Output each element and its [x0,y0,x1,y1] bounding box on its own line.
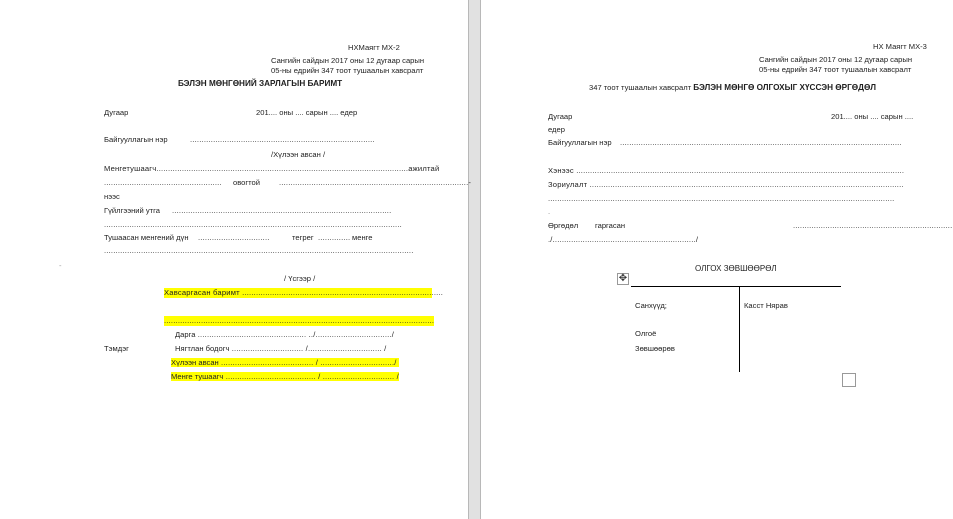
applicant-label-2: гаргасан [595,221,625,231]
surname-label: овогтой [233,178,260,188]
amount-words-field[interactable]: ........................................… [104,246,414,256]
tugrik-field[interactable]: .............. [318,233,350,243]
signature-label: Нягтлан бодогч [175,344,229,353]
signature-line[interactable]: ....................................... … [223,372,399,381]
org-field[interactable]: ........................................… [190,135,375,145]
day-label: едер [548,125,565,135]
decree-line-2: 05-ны едрийн 347 тоот тушаалын хавсралт [759,65,911,75]
number-label: Дугаар [104,108,128,118]
date-line[interactable]: 201.... оны .... сарын .... [831,112,913,122]
signature-row-director[interactable]: Дарга ..................................… [175,330,394,340]
approved-label: Зөвшөөрөв [635,344,675,354]
approval-title: ОЛГОХ ЗӨВШӨӨРӨЛ [695,264,777,274]
transaction-field-2[interactable]: ........................................… [104,220,402,230]
purpose-field[interactable]: Зориулалт ..............................… [548,180,904,190]
decree-line-1: Сангийн сайдын 2017 оны 12 дугаар сарын [271,56,424,66]
page-gap [468,0,481,519]
purpose-field-2[interactable]: ........................................… [548,194,894,204]
surname-field-left[interactable]: ........................................… [104,178,222,188]
decree-line-2: 05-ны едрийн 347 тоот тушаалын хавсралт [271,66,423,76]
org-field[interactable]: ........................................… [620,138,902,148]
form-code: НХМаягт МХ-2 [348,43,400,53]
margin-mark: - [59,261,62,271]
approval-table-top-border [631,286,841,287]
transaction-label: Гүйлгээний утга [104,206,160,216]
date-line[interactable]: 201.... оны .... сарын .... едер [256,108,357,118]
signature-row-received[interactable]: Хүлээн авсан ...........................… [171,358,399,368]
signature-label: Менге тушаагч [171,372,223,381]
document-page-mx3: НХ Маягт МХ-3 Сангийн сайдын 2017 оны 12… [481,0,953,519]
from-field[interactable]: Хэнээс .................................… [548,166,904,176]
decree-line-1: Сангийн сайдын 2017 оны 12 дугаар сарын [759,55,912,65]
signature-line[interactable]: ............................... /.......… [229,344,386,353]
applicant-field[interactable]: ........................................… [793,221,953,231]
attached-blank-field[interactable]: ........................................… [164,316,434,326]
tugrik-label: тегрег [292,233,314,243]
signature-line[interactable]: ........................................… [195,330,394,339]
signature-line[interactable]: ........................................… [219,358,397,367]
document-title: БЭЛЭН МӨНГӨ ОЛГОХЫГ ХҮССЭН ӨРГӨДӨЛ [693,83,876,92]
dot-mark: . [548,207,550,217]
from-label: нээс [104,192,120,202]
signature-row-accountant[interactable]: Нягтлан бодогч .........................… [175,344,387,354]
words-label: / Үсгээр / [284,274,315,284]
attached-doc-field[interactable]: Хавсаргасан баримт .....................… [164,288,432,298]
grant-label: Олгоё [635,329,656,339]
cashier-label: Касст Нярав [744,301,788,311]
finance-label: Санхүүд; [635,301,667,311]
applicant-signature[interactable]: ./......................................… [548,235,698,245]
applicant-label: Өргөдөл [548,221,578,231]
document-title: БЭЛЭН МӨНГӨНИЙ ЗАРЛАГЫН БАРИМТ [178,79,342,89]
table-resize-handle[interactable] [842,373,856,387]
amount-field[interactable]: ............................... [198,233,270,243]
document-title-line: 347 тоот тушаалын хавсралт БЭЛЭН МӨНГӨ О… [589,83,876,93]
org-label: Байгууллагын нэр [548,138,612,148]
table-move-handle-icon[interactable]: ✥ [617,273,629,285]
signature-label: Дарга [175,330,195,339]
money-receiver-field[interactable]: Менгетушаагч............................… [104,164,439,174]
signature-row-payer[interactable]: Менге тушаагч ..........................… [171,372,399,382]
org-label: Байгууллагын нэр [104,135,168,145]
number-label: Дугаар [548,112,572,122]
receiver-label: /Хүлээн авсан / [271,150,325,160]
document-page-mx2: НХМаягт МХ-2 Сангийн сайдын 2017 оны 12 … [0,0,468,519]
approval-table-divider [739,286,740,372]
surname-field-right[interactable]: ........................................… [279,178,471,188]
signature-label: Хүлээн авсан [171,358,219,367]
transaction-field[interactable]: ........................................… [172,206,391,216]
amount-label: Тушаасан менгений дүн [104,233,189,243]
mongo-label: менге [352,233,372,243]
title-prefix: 347 тоот тушаалын хавсралт [589,83,691,92]
seal-label: Тэмдэг [104,344,129,354]
form-code: НХ Маягт МХ-3 [873,42,927,52]
